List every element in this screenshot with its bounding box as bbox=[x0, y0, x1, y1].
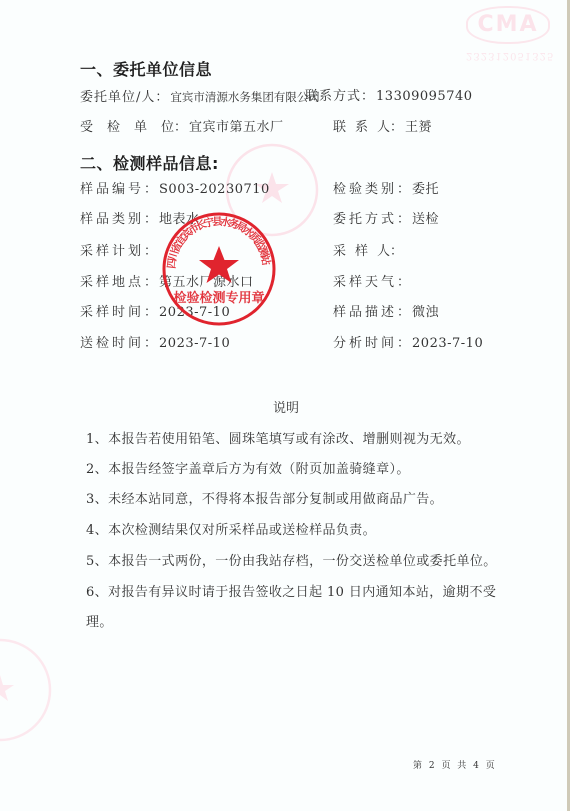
sampling-plan-row: 采样计划： bbox=[80, 243, 159, 261]
section-title-sample-info: 二、检测样品信息: bbox=[80, 151, 219, 174]
sampling-location-row: 采样地点：第五水厂源水口 bbox=[80, 274, 254, 292]
note-item: 2、本报告经签字盖章后方为有效（附页加盖骑缝章）。 bbox=[86, 458, 410, 477]
sampling-location-value: 第五水厂源水口 bbox=[159, 275, 254, 290]
sample-no-value: S003-20230710 bbox=[159, 182, 270, 197]
submission-time-value: 2023-7-10 bbox=[159, 336, 230, 351]
sampling-time-value: 2023-7-10 bbox=[159, 305, 230, 320]
entrust-method-row: 委托方式：送检 bbox=[333, 211, 439, 229]
note-item: 6、对报告有异议时请于报告签收之日起 10 日内通知本站，逾期不受 bbox=[86, 581, 496, 600]
section-title-client-info: 一、委托单位信息 bbox=[80, 57, 212, 80]
sampling-weather-row: 采样天气： bbox=[333, 274, 412, 292]
note-item: 理。 bbox=[86, 611, 113, 630]
sample-description-value: 微浊 bbox=[412, 305, 439, 320]
analysis-time-value: 2023-7-10 bbox=[412, 336, 483, 351]
sample-no-row: 样品编号：S003-20230710 bbox=[80, 181, 270, 199]
contact-person-value: 王赟 bbox=[405, 120, 432, 135]
contact-person-row: 联系人：王赟 bbox=[333, 119, 432, 137]
client-value: 宜宾市清源水务集团有限公司 bbox=[170, 90, 320, 104]
cma-number-watermark: 232312051325 bbox=[466, 50, 550, 61]
submission-time-row: 送检时间：2023-7-10 bbox=[80, 335, 230, 353]
faint-seam-seal bbox=[0, 635, 55, 745]
inspected-unit-label: 受检单位 bbox=[80, 120, 188, 135]
inspection-type-row: 检验类别：委托 bbox=[333, 181, 439, 199]
sample-description-row: 样品描述：微浊 bbox=[333, 304, 439, 322]
inspected-unit-value: 宜宾市第五水厂 bbox=[189, 120, 284, 135]
note-item: 3、未经本站同意，不得将本报告部分复制或用做商品广告。 bbox=[86, 488, 443, 507]
notes-title: 说明 bbox=[273, 397, 299, 416]
report-page: CMA 232312051325 一、委托单位信息 委托单位/人：宜宾市清源水务… bbox=[0, 0, 570, 811]
contact-method-label: 联系方式 bbox=[305, 89, 361, 104]
inspection-type-value: 委托 bbox=[412, 182, 439, 197]
contact-method-row: 联系方式：13309095740 bbox=[305, 88, 473, 106]
sampler-row: 采样人： bbox=[333, 243, 405, 261]
entrust-method-value: 送检 bbox=[412, 212, 439, 227]
inspected-unit-row: 受检单位：宜宾市第五水厂 bbox=[80, 119, 284, 137]
contact-method-value: 13309095740 bbox=[376, 89, 472, 104]
note-item: 4、本次检测结果仅对所采样品或送检样品负责。 bbox=[86, 519, 376, 538]
client-row: 委托单位/人：宜宾市清源水务集团有限公司 bbox=[80, 88, 320, 107]
cma-logo-watermark: CMA bbox=[466, 6, 550, 44]
sample-type-row: 样品类别：地表水 bbox=[80, 211, 200, 229]
analysis-time-row: 分析时间：2023-7-10 bbox=[333, 335, 483, 353]
client-label: 委托单位/人 bbox=[80, 90, 155, 105]
sampling-time-row: 采样时间：2023-7-10 bbox=[80, 304, 230, 322]
page-indicator: 第 2 页 共 4 页 bbox=[413, 758, 497, 771]
note-item: 1、本报告若使用铅笔、圆珠笔填写或有涂改、增删则视为无效。 bbox=[86, 428, 470, 447]
sample-type-value: 地表水 bbox=[159, 212, 200, 227]
note-item: 5、本报告一式两份，一份由我站存档，一份交送检单位或委托单位。 bbox=[86, 550, 497, 569]
